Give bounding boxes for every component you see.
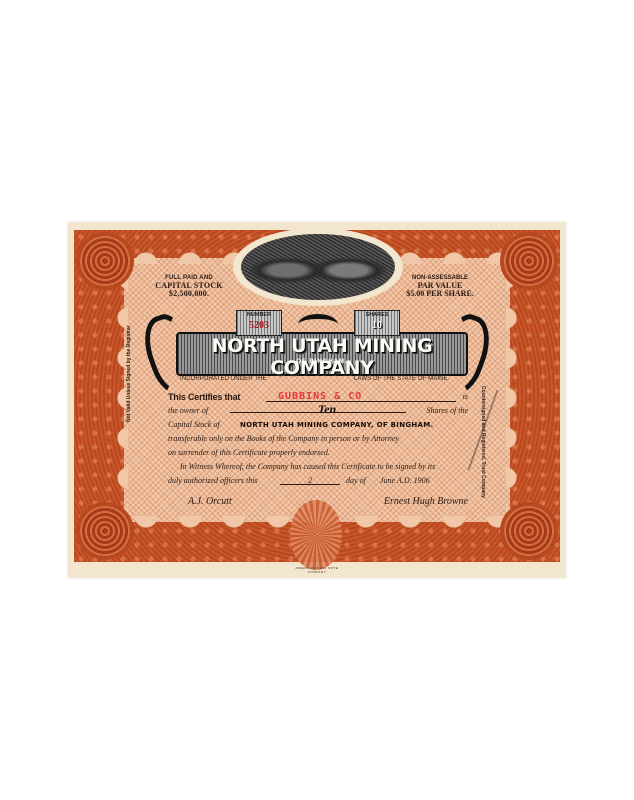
mine-tunnel-engraving-icon [241, 234, 395, 300]
corner-rosette-icon [504, 236, 554, 286]
shares-of-the: Shares of the [427, 404, 468, 418]
day-of: day of [346, 474, 366, 488]
day-value: 2 [308, 474, 312, 488]
capital-line: Capital Stock of NORTH UTAH MINING COMPA… [168, 418, 468, 432]
side-text-left: Not Valid Unless Signed by the Registrar [126, 325, 132, 422]
transferable-line: transferable only on the Books of the Co… [168, 432, 468, 446]
capital-stock-block: FULL PAID AND CAPITAL STOCK $2,500,000. [144, 274, 234, 298]
owner-of: the owner of [168, 406, 208, 415]
company-title: NORTH UTAH MINING COMPANY [176, 335, 468, 379]
incorporated-right: LAWS OF THE STATE OF MAINE. [354, 376, 450, 382]
capital-stock-of: Capital Stock of [168, 420, 220, 429]
printer-imprint: AMERICAN BANK NOTE COMPANY [286, 566, 348, 574]
number-label: NUMBER [237, 311, 281, 320]
certificate-body: This Certifies that GUBBINS & CO is the … [168, 390, 468, 488]
par-amount: $5.00 PER SHARE. [390, 290, 490, 298]
is-word: is [463, 390, 468, 404]
surrender-line: on surrender of this Certificate properl… [168, 446, 468, 460]
officers-text: duly authorized officers this [168, 476, 258, 485]
mining-vignette [233, 228, 403, 306]
shares-box: SHARES 10 [354, 310, 400, 336]
certifies-label: This Certifies that [168, 392, 240, 402]
signatures: A.J. Orcutt Ernest Hugh Browne [178, 496, 468, 512]
side-text-right: Countersigned and Registered, Trust Comp… [479, 386, 486, 498]
signature-right: Ernest Hugh Browne [384, 496, 468, 507]
owner-line: the owner of Ten Shares of the [168, 404, 468, 418]
shares-label: SHARES [355, 311, 399, 320]
corner-rosette-icon [504, 506, 554, 556]
company-subtitle: OF BINGHAM. [176, 359, 468, 365]
signature-left: A.J. Orcutt [188, 496, 232, 507]
officers-line: duly authorized officers this 2 day of J… [168, 474, 468, 488]
capital-amount: $2,500,000. [144, 290, 234, 298]
shares-count: 10 [355, 320, 399, 331]
corner-rosette-icon [80, 236, 130, 286]
par-value-block: NON-ASSESSABLE PAR VALUE $5.00 PER SHARE… [390, 274, 490, 298]
certificate-number: 5203 [237, 320, 281, 331]
scallop-left [108, 258, 128, 522]
certificate-number-box: NUMBER 5203 [236, 310, 282, 336]
incorporated-left: INCORPORATED UNDER THE [180, 376, 267, 382]
date-tail: June A.D. 1906 [380, 474, 430, 488]
corner-rosette-icon [80, 506, 130, 556]
witness-line: In Witness Whereof, the Company has caus… [168, 460, 468, 474]
company-inline: NORTH UTAH MINING COMPANY, OF BINGHAM. [240, 418, 434, 432]
center-ornament-icon [298, 314, 338, 335]
stock-certificate: FULL PAID AND CAPITAL STOCK $2,500,000. … [68, 222, 566, 578]
shares-word: Ten [318, 402, 336, 416]
